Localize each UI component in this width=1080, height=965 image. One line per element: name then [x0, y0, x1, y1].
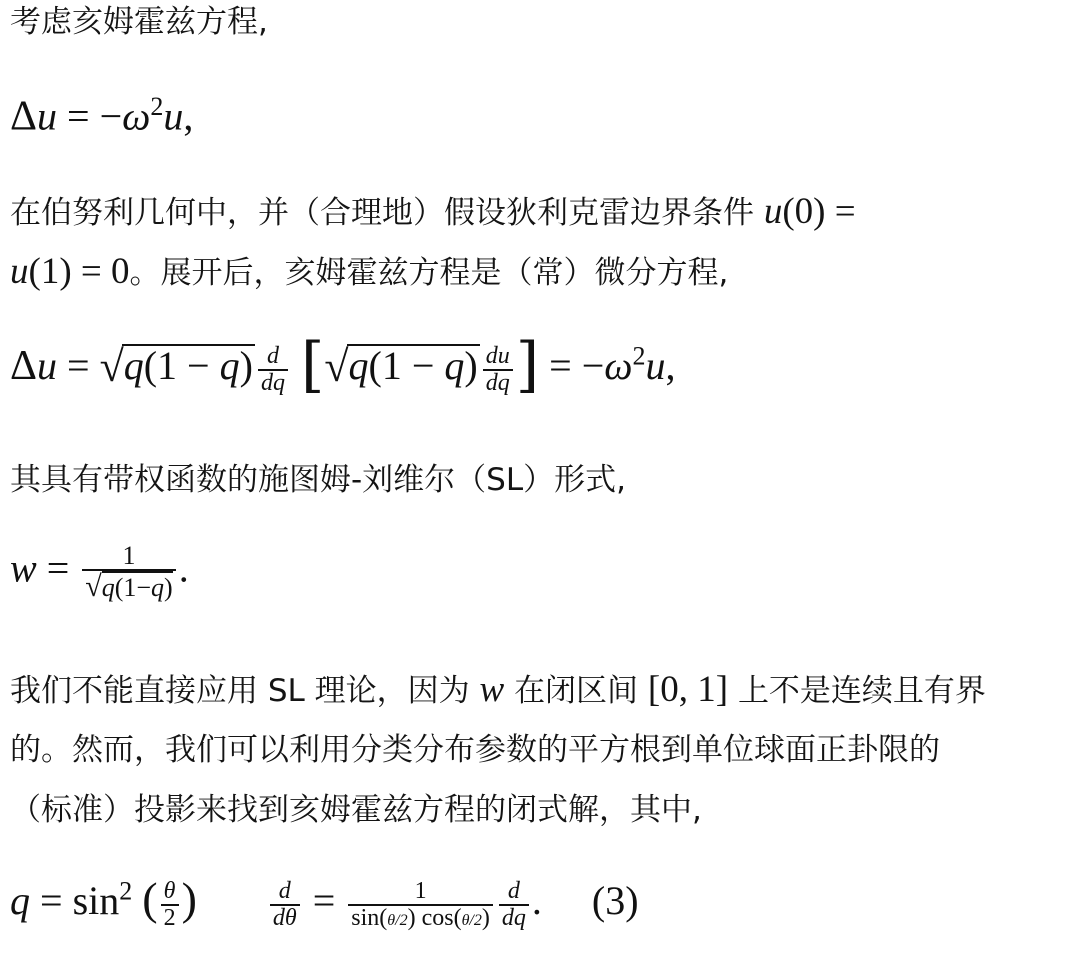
boundary-u0: u(0) =: [764, 191, 856, 232]
paragraph-sl-line3: （标准）投影来找到亥姆霍兹方程的闭式解，其中,: [10, 778, 702, 842]
paragraph-sl-line2: 的。然而，我们可以利用分类分布参数的平方根到单位球面正卦限的: [10, 718, 940, 782]
equation-number: (3): [592, 878, 639, 923]
intro-text: 考虑亥姆霍兹方程,: [10, 0, 268, 54]
equation-weight: w = 1√q(1−q).: [10, 542, 189, 603]
equation-expanded: Δu = √q(1 − q)ddq [√q(1 − q)dudq] = −ω2u…: [10, 330, 676, 400]
boundary-text: 在伯努利几何中，并（合理地）假设狄利克雷边界条件: [10, 195, 754, 231]
sl-w: w: [480, 669, 505, 710]
sl-text-c: 上不是连续且有界: [738, 673, 986, 709]
boundary-u1: u(1) = 0: [10, 251, 130, 292]
sl-text-a: 我们不能直接应用 SL 理论，因为: [10, 673, 470, 709]
paragraph-boundary-line2: u(1) = 0。展开后，亥姆霍兹方程是（常）微分方程,: [10, 240, 728, 305]
paragraph-sl-line1: 我们不能直接应用 SL 理论，因为 w 在闭区间 [0, 1] 上不是连续且有界: [10, 658, 986, 723]
sl-interval: [0, 1]: [648, 669, 728, 710]
equation-helmholtz: Δu = −ω2u,: [10, 92, 193, 140]
equation-projection: q = sin2 (θ2) ddθ = 1sin(θ/2) cos(θ/2)dd…: [10, 872, 639, 931]
paragraph-boundary-line1: 在伯努利几何中，并（合理地）假设狄利克雷边界条件 u(0) =: [10, 180, 856, 245]
sl-form-text: 其具有带权函数的施图姆-刘维尔（SL）形式,: [10, 448, 626, 512]
expansion-text: 。展开后，亥姆霍兹方程是（常）微分方程,: [130, 255, 729, 291]
document: 考虑亥姆霍兹方程, Δu = −ω2u, 在伯努利几何中，并（合理地）假设狄利克…: [0, 0, 1080, 965]
sl-text-b: 在闭区间: [514, 673, 638, 709]
